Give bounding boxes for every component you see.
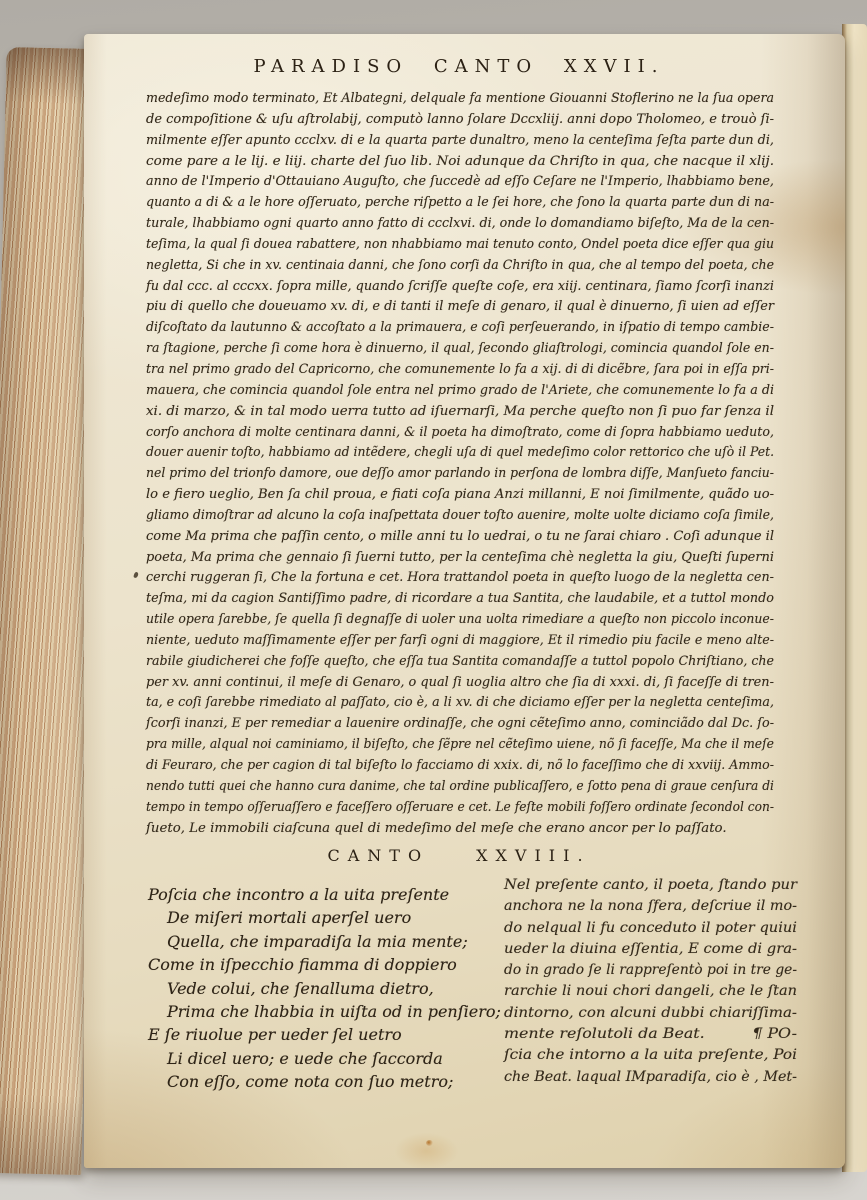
commentary-line: gliamo dimoſtrar ad alcuno la coſa inaſp… (146, 504, 774, 525)
verse-line: Quella, che imparadiſa la mia mente; (148, 930, 498, 953)
commentary-line: mauera, che comincia quandol ſole entra … (146, 379, 774, 400)
commentary-line: de compoſitione & uſu aſtrolabij, comput… (146, 108, 774, 129)
canto-heading: CANTO XXVIII. (142, 846, 776, 865)
commentary-line: turale, lhabbiamo ogni quarto anno fatto… (146, 212, 774, 233)
summary-line: che Beat. laqual IMparadiſa, cio è , Met… (504, 1065, 797, 1086)
commentary-line: cerchi ruggeran ſi, Che la fortuna e cet… (146, 566, 774, 587)
commentary-block: medeſimo modo terminato, Et Albategni, d… (146, 87, 774, 837)
verse-line: Con eſſo, come nota con ſuo metro; (148, 1070, 498, 1093)
commentary-line: medeſimo modo terminato, Et Albategni, d… (146, 87, 774, 108)
commentary-line: douer auenir toſto, habbiamo ad intẽdere… (146, 441, 774, 462)
commentary-line: ra ſtagione, perche ſi come hora è dinue… (146, 337, 774, 358)
verse-line: Poſcia che incontro a la uita preſente (148, 883, 498, 906)
summary-line: dintorno, con alcuni dubbi chiariſſima- (504, 1001, 797, 1022)
summary-column: Nel preſente canto, il poeta, ſtando pur… (504, 873, 797, 1086)
commentary-line: per xv. anni continui, il meſe di Genaro… (146, 671, 774, 692)
summary-line: do nelqual li fu conceduto il poter quiu… (504, 916, 797, 937)
commentary-line: niente, ueduto maſſimamente eſſer per fa… (146, 629, 774, 650)
commentary-line: nel primo del trionfo damore, oue deſſo … (146, 462, 774, 483)
commentary-line: anno de l'Imperio d'Ottauiano Auguſto, c… (146, 170, 774, 191)
verse-line: Vede colui, che ſenalluma dietro, (148, 977, 498, 1000)
running-header: PARADISO CANTO XXVII. (142, 56, 776, 77)
commentary-line: rabile giudicherei che foſſe queſto, che… (146, 650, 774, 671)
stray-ink-mark (133, 572, 139, 579)
adjacent-page-edge (842, 24, 867, 1172)
commentary-line: di Feuraro, che per cagion di tal biſeſt… (146, 754, 774, 775)
verse-line: Prima che lhabbia in uiſta od in penſier… (148, 1000, 498, 1023)
commentary-line: ſueto, Le immobili ciaſcuna quel di mede… (146, 817, 774, 838)
commentary-line: utile opera ſarebbe, ſe quella ſi degnaſ… (146, 608, 774, 629)
verse-line: Li dicel uero; e uede che ſaccorda (148, 1047, 498, 1070)
commentary-line: quanto a di & a le hore oſſeruato, perch… (146, 191, 774, 212)
commentary-line: tra nel primo grado del Capricorno, che … (146, 358, 774, 379)
summary-line: anchora ne la nona ſfera, deſcriue il mo… (504, 894, 797, 915)
commentary-line: nendo tutti quei che hanno cura danime, … (146, 775, 774, 796)
commentary-line: piu di quello che doueuamo xv. di, e di … (146, 295, 774, 316)
summary-line: ſcia che intorno a la uita preſente, Poi (504, 1043, 797, 1064)
summary-line: mente reſolutoli da Beat. ¶ PO- (504, 1022, 797, 1043)
commentary-line: teſima, la qual ſi douea rabattere, non … (146, 233, 774, 254)
summary-line: rarchie li noui chori dangeli, che le ſt… (504, 979, 797, 1000)
commentary-line: pra mille, alqual noi caminiamo, il biſe… (146, 733, 774, 754)
commentary-line: milmente eſſer apunto ccclxv. di e la qu… (146, 129, 774, 150)
commentary-line: negletta, Si che in xv. centinaia danni,… (146, 254, 774, 275)
commentary-line: come pare a le lij. e liij. charte del ſ… (146, 150, 774, 171)
commentary-line: teſma, mi da cagion Santiſſimo padre, di… (146, 587, 774, 608)
commentary-line: xi. di marzo, & in tal modo uerra tutto … (146, 400, 774, 421)
commentary-line: diſcoſtato da lautunno & accoſtato a la … (146, 316, 774, 337)
summary-line: Nel preſente canto, il poeta, ſtando pur (504, 873, 797, 894)
commentary-line: come Ma prima che paſſin cento, o mille … (146, 525, 774, 546)
commentary-line: ta, e coſi ſarebbe rimediato al paſſato,… (146, 691, 774, 712)
commentary-line: tempo in tempo oſſeruaſſero e faceſſero … (146, 796, 774, 817)
photo-backdrop: PARADISO CANTO XXVII. medeſimo modo term… (0, 0, 867, 1200)
verse-column: Poſcia che incontro a la uita preſenteDe… (148, 883, 498, 1094)
commentary-line: lo e fiero ueglio, Ben ſa chil proua, e … (146, 483, 774, 504)
commentary-line: fu dal ccc. al cccxx. ſopra mille, quand… (146, 275, 774, 296)
summary-line: do in grado ſe li rappreſentò poi in tre… (504, 958, 797, 979)
verse-line: De miſeri mortali aperſel uero (148, 906, 498, 929)
verse-line: E ſe riuolue per ueder ſel uetro (148, 1023, 498, 1046)
commentary-line: poeta, Ma prima che gennaio ſi ſuerni tu… (146, 546, 774, 567)
commentary-line: ſcorſi inanzi, E per remediar a lauenire… (146, 712, 774, 733)
commentary-line: corſo anchora di molte centinara danni, … (146, 421, 774, 442)
summary-line: ueder la diuina eſſentia, E come di gra- (504, 937, 797, 958)
verse-line: Come in iſpecchio fiamma di doppiero (148, 953, 498, 976)
foxing-spot (426, 1140, 433, 1146)
book-page: PARADISO CANTO XXVII. medeſimo modo term… (84, 34, 845, 1168)
